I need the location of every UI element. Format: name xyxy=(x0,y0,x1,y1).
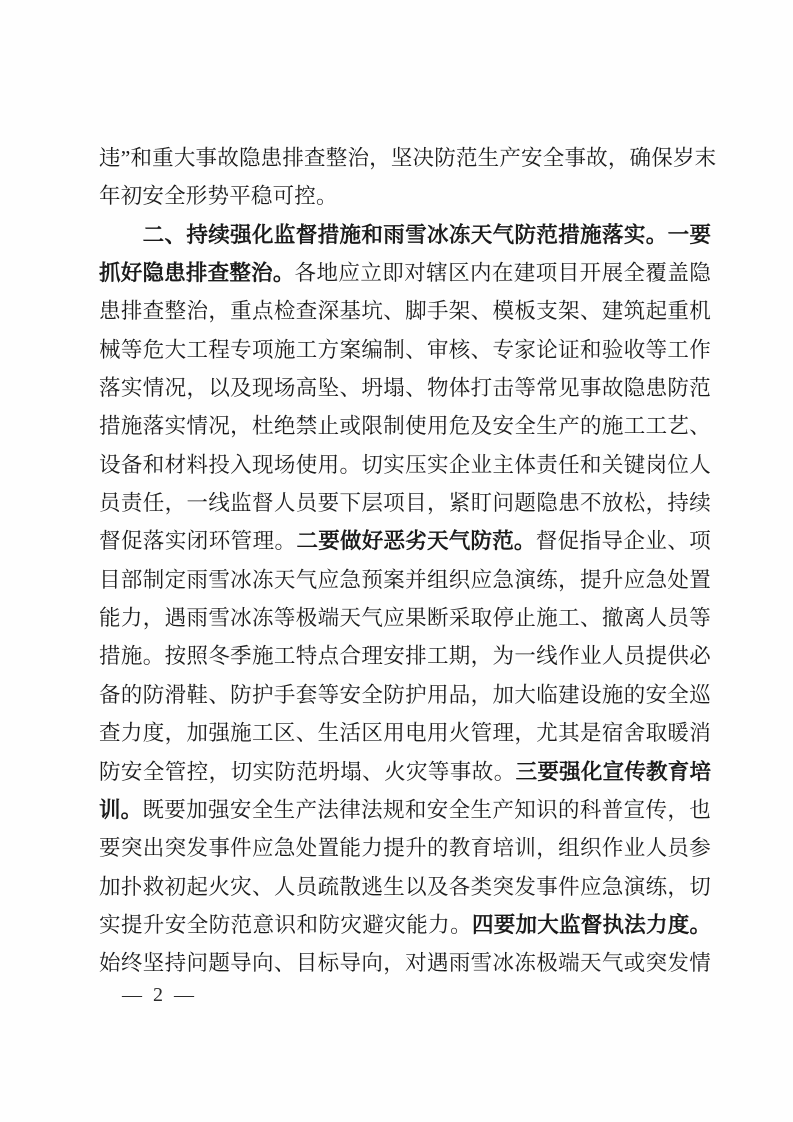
body-text: 查力度，加强施工区、生活区用电用火管理，尤其是宿舍取暖消 xyxy=(99,721,711,745)
page-number: — 2 — xyxy=(122,984,197,1007)
emphasis-text: 二要做好恶劣天气防范。 xyxy=(297,529,536,553)
body-text: 加扑救初起火灾、人员疏散逃生以及各类突发事件应急演练，切 xyxy=(99,875,711,899)
body-text: 要突出突发事件应急处置能力提升的教育培训，组织作业人员参 xyxy=(99,836,711,860)
body-text: 违”和重大事故隐患排查整治，坚决防范生产安全事故，确保岁末 xyxy=(99,146,716,170)
text-line: 措施。按照冬季施工特点合理安排工期，为一线作业人员提供必 xyxy=(99,637,711,675)
text-line: 患排查整治，重点检查深基坑、脚手架、模板支架、建筑起重机 xyxy=(99,292,711,330)
text-line: 查力度，加强施工区、生活区用电用火管理，尤其是宿舍取暖消 xyxy=(99,714,711,752)
text-line: 始终坚持问题导向、目标导向，对遇雨雪冰冻极端天气或突发情 xyxy=(99,944,711,982)
text-line: 落实情况，以及现场高坠、坍塌、物体打击等常见事故隐患防范 xyxy=(99,369,711,407)
text-line: 员责任，一线监督人员要下层项目，紧盯问题隐患不放松，持续 xyxy=(99,484,711,522)
body-text: 员责任，一线监督人员要下层项目，紧盯问题隐患不放松，持续 xyxy=(99,491,711,515)
emphasis-text: 训。 xyxy=(99,798,142,822)
body-text: 督促落实闭环管理。 xyxy=(99,529,297,553)
body-text: 始终坚持问题导向、目标导向，对遇雨雪冰冻极端天气或突发情 xyxy=(99,951,711,975)
text-line: 能力，遇雨雪冰冻等极端天气应果断采取停止施工、撤离人员等 xyxy=(99,599,711,637)
text-line: 加扑救初起火灾、人员疏散逃生以及各类突发事件应急演练，切 xyxy=(99,868,711,906)
text-line: 防安全管控，切实防范坍塌、火灾等事故。三要强化宣传教育培 xyxy=(99,753,711,791)
text-line: 措施落实情况，杜绝禁止或限制使用危及安全生产的施工工艺、 xyxy=(99,407,711,445)
text-line: 违”和重大事故隐患排查整治，坚决防范生产安全事故，确保岁末 xyxy=(99,139,711,177)
text-line: 要突出突发事件应急处置能力提升的教育培训，组织作业人员参 xyxy=(99,829,711,867)
text-line: 实提升安全防范意识和防灾避灾能力。四要加大监督执法力度。 xyxy=(99,906,711,944)
emphasis-text: 抓好隐患排查整治。 xyxy=(99,261,295,285)
emphasis-text: 四要加大监督执法力度。 xyxy=(472,913,711,937)
emphasis-text: 三要强化宣传教育培 xyxy=(516,760,711,784)
text-line: 训。既要加强安全生产法律法规和安全生产知识的科普宣传，也 xyxy=(99,791,711,829)
body-text: 措施落实情况，杜绝禁止或限制使用危及安全生产的施工工艺、 xyxy=(99,414,711,438)
text-line: 械等危大工程专项施工方案编制、审核、专家论证和验收等工作 xyxy=(99,331,711,369)
body-text: 督促指导企业、项 xyxy=(536,529,711,553)
text-line: 二、持续强化监督措施和雨雪冰冻天气防范措施落实。一要 xyxy=(99,216,711,254)
text-line: 目部制定雨雪冰冻天气应急预案并组织应急演练，提升应急处置 xyxy=(99,561,711,599)
body-text: 患排查整治，重点检查深基坑、脚手架、模板支架、建筑起重机 xyxy=(99,299,711,323)
body-text: 措施。按照冬季施工特点合理安排工期，为一线作业人员提供必 xyxy=(99,644,711,668)
body-text: 能力，遇雨雪冰冻等极端天气应果断采取停止施工、撤离人员等 xyxy=(99,606,711,630)
text-line: 设备和材料投入现场使用。切实压实企业主体责任和关键岗位人 xyxy=(99,446,711,484)
text-line: 年初安全形势平稳可控。 xyxy=(99,177,711,215)
body-text: 防安全管控，切实防范坍塌、火灾等事故。 xyxy=(99,760,516,784)
body-text: 年初安全形势平稳可控。 xyxy=(99,184,338,208)
body-text: 设备和材料投入现场使用。切实压实企业主体责任和关键岗位人 xyxy=(99,453,711,477)
body-text: 既要加强安全生产法律法规和安全生产知识的科普宣传，也 xyxy=(142,798,711,822)
body-text: 实提升安全防范意识和防灾避灾能力。 xyxy=(99,913,472,937)
body-text: 落实情况，以及现场高坠、坍塌、物体打击等常见事故隐患防范 xyxy=(99,376,711,400)
emphasis-text: 二、持续强化监督措施和雨雪冰冻天气防范措施落实。一要 xyxy=(143,223,711,247)
document-body: 违”和重大事故隐患排查整治，坚决防范生产安全事故，确保岁末年初安全形势平稳可控。… xyxy=(99,139,711,983)
document-page: 违”和重大事故隐患排查整治，坚决防范生产安全事故，确保岁末年初安全形势平稳可控。… xyxy=(0,0,793,1122)
body-text: 械等危大工程专项施工方案编制、审核、专家论证和验收等工作 xyxy=(99,338,711,362)
body-text: 目部制定雨雪冰冻天气应急预案并组织应急演练，提升应急处置 xyxy=(99,568,711,592)
body-text: 备的防滑鞋、防护手套等安全防护用品，加大临建设施的安全巡 xyxy=(99,683,711,707)
text-line: 备的防滑鞋、防护手套等安全防护用品，加大临建设施的安全巡 xyxy=(99,676,711,714)
text-line: 抓好隐患排查整治。各地应立即对辖区内在建项目开展全覆盖隐 xyxy=(99,254,711,292)
text-line: 督促落实闭环管理。二要做好恶劣天气防范。督促指导企业、项 xyxy=(99,522,711,560)
body-text: 各地应立即对辖区内在建项目开展全覆盖隐 xyxy=(295,261,711,285)
